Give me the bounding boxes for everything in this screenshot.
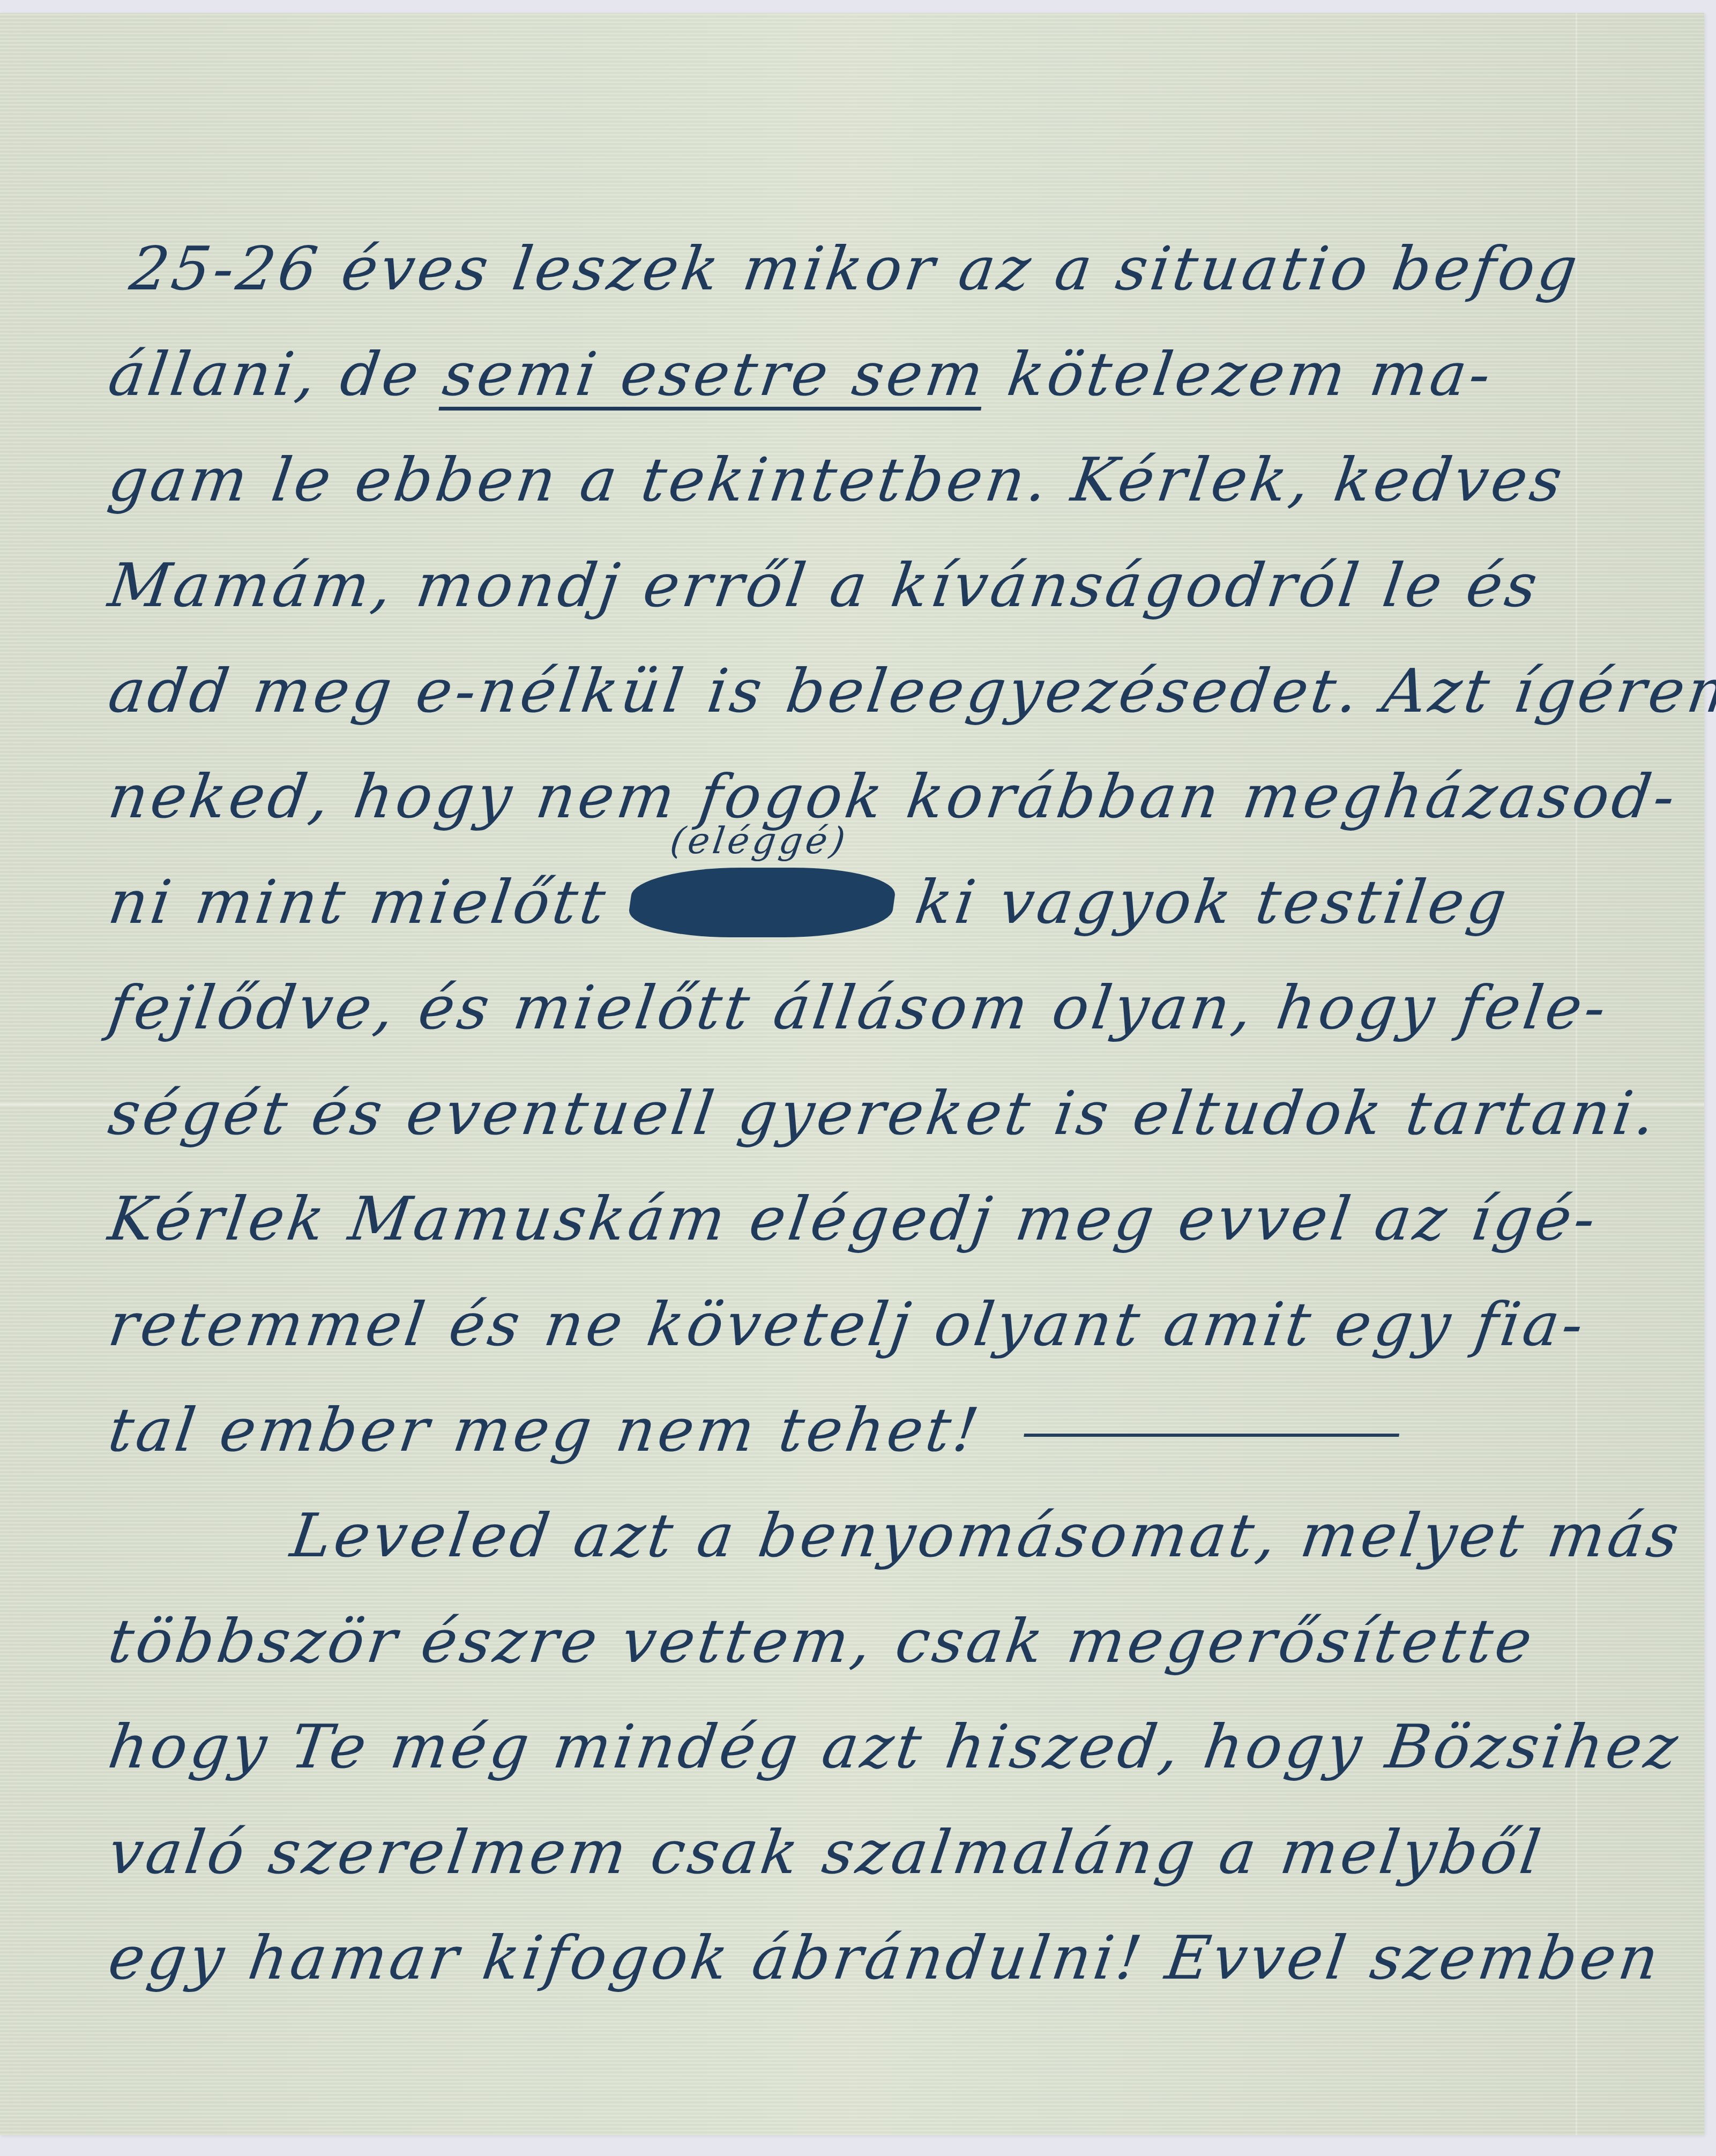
letter-line: Kérlek Mamuskám elégedj meg evvel az ígé… — [102, 1167, 1687, 1272]
line-text-start: állani, de — [105, 340, 449, 409]
letter-line: 25-26 éves leszek mikor az a situatio be… — [102, 217, 1687, 322]
letter-line: hogy Te még mindég azt hiszed, hogy Bözs… — [102, 1695, 1687, 1800]
letter-line: Mamám, mondj erről a kívánságodról le és — [102, 533, 1687, 639]
letter-line: többször észre vettem, csak megerősített… — [102, 1589, 1687, 1695]
letter-body: 25-26 éves leszek mikor az a situatio be… — [102, 217, 1672, 2011]
inserted-word: (eléggé) — [668, 823, 850, 860]
letter-paper: 25-26 éves leszek mikor az a situatio be… — [0, 13, 1704, 2135]
letter-line: tal ember meg nem tehet! — [102, 1378, 1687, 1483]
letter-line: add meg e-nélkül is beleegyezésedet. Azt… — [102, 639, 1687, 744]
letter-line: ségét és eventuell gyereket is eltudok t… — [102, 1061, 1687, 1167]
line-text-end: kötelezem ma- — [981, 340, 1498, 409]
letter-line: Leveled azt a benyomásomat, melyet más — [102, 1483, 1687, 1589]
correction-group: (eléggé) teljesen — [623, 850, 901, 956]
closing-dash-rule — [1024, 1434, 1399, 1437]
letter-line: retemmel és ne követelj olyant amit egy … — [102, 1272, 1687, 1378]
letter-line: egy hamar kifogok ábrándulni! Evvel szem… — [102, 1906, 1687, 2011]
letter-line: fejlődve, és mielőtt állásom olyan, hogy… — [102, 956, 1687, 1061]
letter-line: ni mint mielőtt (eléggé) teljesen ki vag… — [102, 850, 1687, 956]
letter-line: neked, hogy nem fogok korábban megházaso… — [102, 744, 1687, 850]
letter-line: való szerelmem csak szalmaláng a melyből — [102, 1800, 1687, 1906]
struck-out-word: teljesen — [625, 868, 898, 937]
letter-line: állani, de semi esetre sem kötelezem ma- — [102, 322, 1687, 428]
letter-line: gam le ebben a tekintetben. Kérlek, kedv… — [102, 428, 1687, 533]
line-with-superscript: Leveled azt a benyomásomat, melyet más — [284, 1483, 1689, 1589]
underlined-phrase: semi esetre sem — [439, 340, 991, 409]
